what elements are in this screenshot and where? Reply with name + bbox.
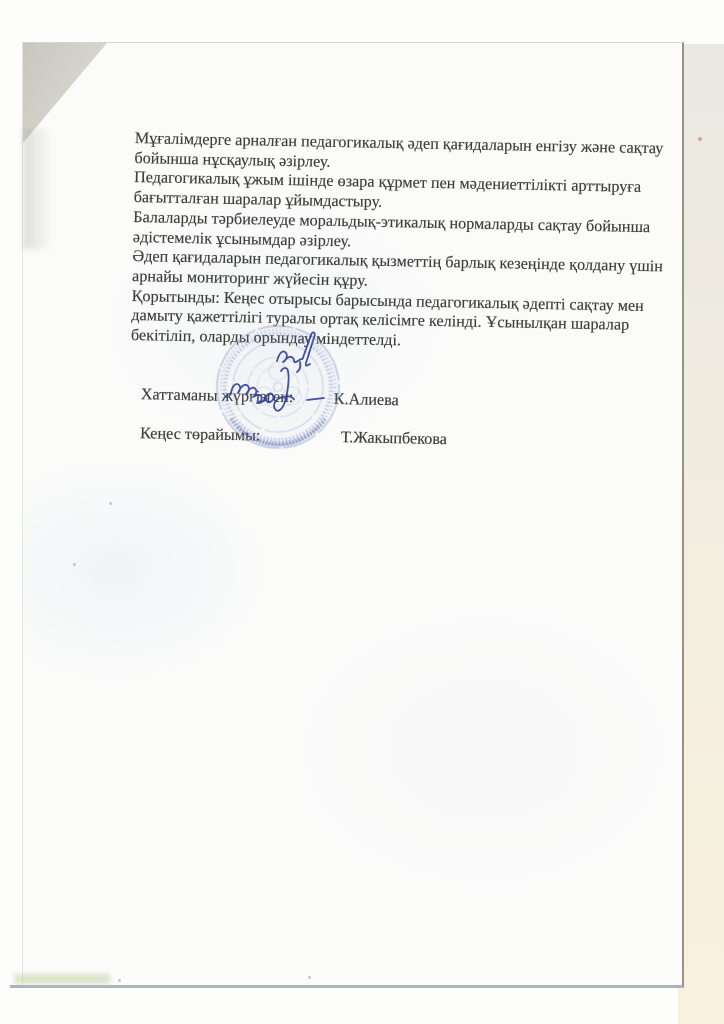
scan-smudge [14,974,110,984]
scanned-document-page: Мұғалімдерге арналған педагогикалық әдеп… [22,42,684,988]
scan-speck [118,979,121,982]
signature-role-label-secretary: Хаттаманы жүргізген: [141,385,294,408]
document-body: Мұғалімдерге арналған педагогикалық әдеп… [131,129,695,357]
scan-speck-red [698,137,702,141]
scan-speck [308,976,311,979]
signature-name-secretary: К.Алиева [334,390,399,411]
folded-corner-shadow [23,43,107,143]
scan-speck [109,502,112,505]
scan-speck [73,563,76,566]
signature-role-label-chairwoman: Кеңес төрайымы: [140,424,261,446]
page-bottom-edge [10,985,24,988]
folded-corner-soft-shadow [23,129,53,249]
signature-name-chairwoman: Т.Жакыпбекова [341,428,447,450]
